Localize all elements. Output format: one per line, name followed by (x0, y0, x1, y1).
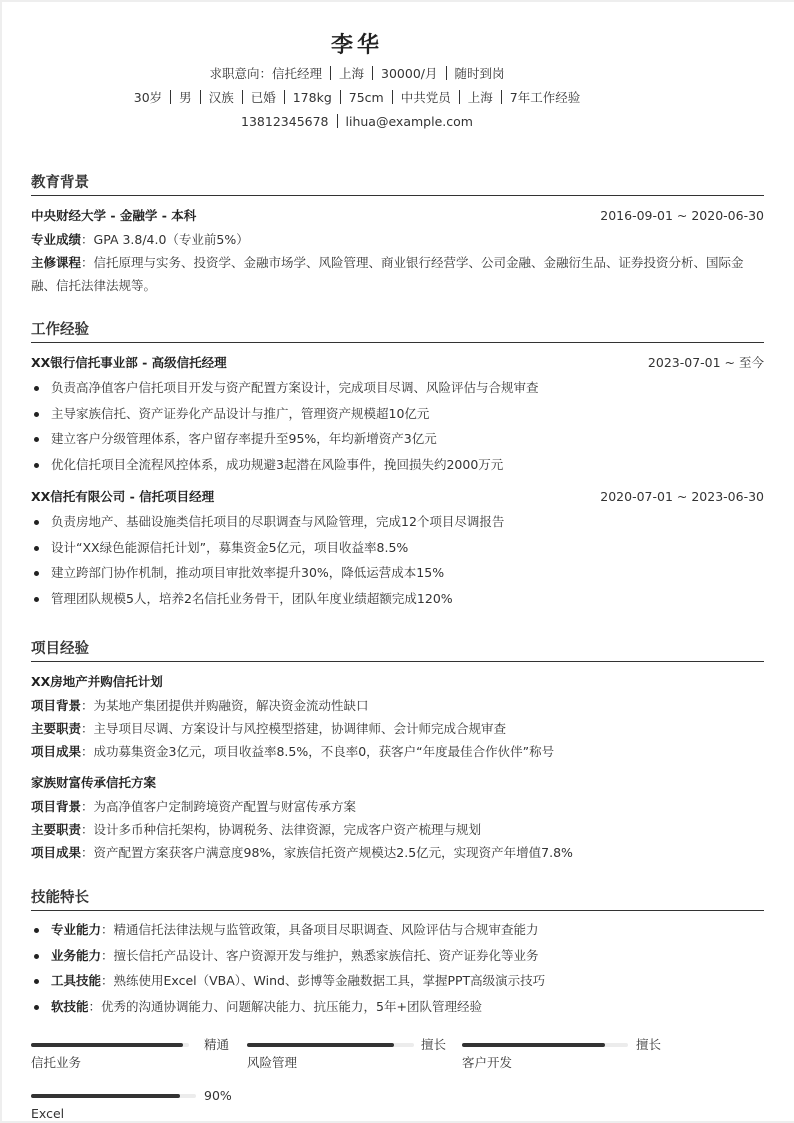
row-value: ：资产配置方案获客户满意度98%，家族信托资产规模达2.5亿元，实现资产年增值7… (81, 845, 573, 860)
list-item: 建立跨部门协作机制，推动项目审批效率提升30%，降低运营成本15% (31, 560, 764, 586)
contact-line: 13812345678lihua@example.com (31, 110, 683, 134)
row-label: 主要职责 (31, 822, 81, 837)
project-entry: XX房地产并购信托计划 项目背景：为某地产集团提供并购融资，解决资金流动性缺口 … (31, 669, 764, 763)
divider (200, 90, 201, 104)
projects-section: 项目经验 XX房地产并购信托计划 项目背景：为某地产集团提供并购融资，解决资金流… (31, 636, 764, 864)
project-name: 家族财富传承信托方案 (31, 770, 764, 795)
availability: 随时到岗 (455, 66, 505, 81)
skills-section: 技能特长 专业能力：精通信托法律法规与监管政策，具备项目尽职调查、风险评估与合规… (31, 885, 764, 1019)
skill-bar-item: 擅长 风险管理 (247, 1035, 447, 1075)
school-degree: 中央财经大学 - 金融学 - 本科 (31, 203, 196, 228)
personal-info-line: 30岁男汉族已婚178kg75cm中共党员上海7年工作经验 (31, 86, 683, 110)
divider (330, 66, 331, 80)
skill-desc: ：精通信托法律法规与监管政策，具备项目尽职调查、风险评估与合规审查能力 (101, 922, 539, 937)
gender: 男 (179, 90, 192, 105)
job-intent-line: 求职意向：信托经理上海30000/月随时到岗 (31, 62, 683, 86)
divider (337, 114, 338, 128)
list-item: 负责高净值客户信托项目开发与资产配置方案设计，完成项目尽调、风险评估与合规审查 (31, 375, 764, 401)
skill-level: 90% (204, 1086, 232, 1106)
marital-status: 已婚 (251, 90, 276, 105)
row-label: 主要职责 (31, 721, 81, 736)
skill-level: 擅长 (636, 1035, 661, 1055)
gpa-label: 专业成绩 (31, 232, 81, 247)
divider (392, 90, 393, 104)
row-label: 项目背景 (31, 698, 81, 713)
expected-salary: 30000/月 (381, 66, 437, 81)
gpa-value: ：GPA 3.8/4.0（专业前5%） (81, 232, 249, 247)
skill-label: 软技能 (51, 999, 89, 1014)
divider (372, 66, 373, 80)
divider (501, 90, 502, 104)
phone[interactable]: 13812345678 (241, 114, 328, 129)
weight: 178kg (293, 90, 332, 105)
skill-level: 擅长 (421, 1035, 446, 1055)
divider (340, 90, 341, 104)
divider (459, 90, 460, 104)
skill-fill (31, 1094, 180, 1098)
project-row: 项目成果：资产配置方案获客户满意度98%，家族信托资产规模达2.5亿元，实现资产… (31, 841, 764, 864)
divider (446, 66, 447, 80)
list-item: 业务能力：擅长信托产品设计、客户资源开发与维护，熟悉家族信托、资产证券化等业务 (31, 943, 764, 969)
skill-desc: ：擅长信托产品设计、客户资源开发与维护，熟悉家族信托、资产证券化等业务 (101, 948, 539, 963)
list-item: 软技能：优秀的沟通协调能力、问题解决能力、抗压能力，5年+团队管理经验 (31, 994, 764, 1020)
list-item: 设计“XX绿色能源信托计划”，募集资金5亿元，项目收益率8.5% (31, 535, 764, 561)
skill-name: 客户开发 (462, 1053, 512, 1073)
project-name: XX房地产并购信托计划 (31, 669, 764, 694)
divider (242, 90, 243, 104)
list-item: 建立客户分级管理体系，客户留存率提升至95%，年均新增资产3亿元 (31, 426, 764, 452)
list-item: 负责房地产、基础设施类信托项目的尽职调查与风险管理，完成12个项目尽调报告 (31, 509, 764, 535)
section-title-projects: 项目经验 (31, 636, 764, 662)
courses-label: 主修课程 (31, 255, 81, 270)
divider (284, 90, 285, 104)
row-value: ：为某地产集团提供并购融资，解决资金流动性缺口 (81, 698, 369, 713)
project-row: 项目成果：成功募集资金3亿元，项目收益率8.5%，不良率0，获客户“年度最佳合作… (31, 740, 764, 763)
skill-label: 工具技能 (51, 973, 101, 988)
project-row: 项目背景：为某地产集团提供并购融资，解决资金流动性缺口 (31, 694, 764, 717)
residence: 上海 (468, 90, 493, 105)
political-status: 中共党员 (401, 90, 451, 105)
list-item: 工具技能：熟练使用Excel（VBA）、Wind、彭博等金融数据工具，掌握PPT… (31, 968, 764, 994)
row-value: ：设计多币种信托架构，协调税务、法律资源，完成客户资产梳理与规划 (81, 822, 481, 837)
row-label: 项目背景 (31, 799, 81, 814)
candidate-name: 李华 (31, 30, 683, 62)
skill-level: 精通 (204, 1035, 229, 1055)
list-item: 专业能力：精通信托法律法规与监管政策，具备项目尽职调查、风险评估与合规审查能力 (31, 917, 764, 943)
skill-name: Excel (31, 1104, 64, 1123)
project-row: 项目背景：为高净值客户定制跨境资产配置与财富传承方案 (31, 795, 764, 818)
section-title-education: 教育背景 (31, 170, 764, 196)
job-intent: 求职意向：信托经理 (209, 66, 322, 81)
skill-label: 专业能力 (51, 922, 101, 937)
gpa-row: 专业成绩：GPA 3.8/4.0（专业前5%） (31, 228, 764, 251)
job-date: 2020-07-01 ~ 2023-06-30 (600, 484, 764, 509)
skill-track (462, 1043, 628, 1047)
list-item: 优化信托项目全流程风控体系，成功规避3起潜在风险事件，挽回损失约2000万元 (31, 452, 764, 478)
row-value: ：为高净值客户定制跨境资产配置与财富传承方案 (81, 799, 356, 814)
skill-label: 业务能力 (51, 948, 101, 963)
skill-fill (247, 1043, 394, 1047)
skill-name: 风险管理 (247, 1053, 297, 1073)
resume-header: 李华 求职意向：信托经理上海30000/月随时到岗 30岁男汉族已婚178kg7… (31, 30, 683, 134)
project-row: 主要职责：设计多币种信托架构，协调税务、法律资源，完成客户资产梳理与规划 (31, 818, 764, 841)
job-bullets: 负责房地产、基础设施类信托项目的尽职调查与风险管理，完成12个项目尽调报告 设计… (31, 509, 764, 611)
job-date: 2023-07-01 ~ 至今 (648, 350, 764, 375)
row-label: 项目成果 (31, 845, 81, 860)
work-section: 工作经验 XX银行信托事业部 - 高级信托经理 2023-07-01 ~ 至今 … (31, 317, 764, 611)
education-entry: 中央财经大学 - 金融学 - 本科 2016-09-01 ~ 2020-06-3… (31, 203, 764, 228)
height: 75cm (349, 90, 384, 105)
skill-bar-item: 精通 信托业务 (31, 1035, 231, 1075)
project-entry: 家族财富传承信托方案 项目背景：为高净值客户定制跨境资产配置与财富传承方案 主要… (31, 770, 764, 864)
section-title-work: 工作经验 (31, 317, 764, 343)
skill-bar-item: 90% Excel (31, 1086, 231, 1123)
row-value: ：成功募集资金3亿元，项目收益率8.5%，不良率0，获客户“年度最佳合作伙伴”称… (81, 744, 554, 759)
project-row: 主要职责：主导项目尽调、方案设计与风控模型搭建，协调律师、会计师完成合规审查 (31, 717, 764, 740)
divider (170, 90, 171, 104)
ethnicity: 汉族 (209, 90, 234, 105)
job-org-title: XX信托有限公司 - 信托项目经理 (31, 484, 214, 509)
skill-name: 信托业务 (31, 1053, 81, 1073)
list-item: 主导家族信托、资产证券化产品设计与推广，管理资产规模超10亿元 (31, 401, 764, 427)
section-title-skills: 技能特长 (31, 885, 764, 911)
skill-fill (462, 1043, 605, 1047)
job-header: XX信托有限公司 - 信托项目经理 2020-07-01 ~ 2023-06-3… (31, 484, 764, 509)
row-label: 项目成果 (31, 744, 81, 759)
education-section: 教育背景 中央财经大学 - 金融学 - 本科 2016-09-01 ~ 2020… (31, 170, 764, 297)
list-item: 管理团队规模5人，培养2名信托业务骨干，团队年度业绩超额完成120% (31, 586, 764, 612)
job-header: XX银行信托事业部 - 高级信托经理 2023-07-01 ~ 至今 (31, 350, 764, 375)
work-years: 7年工作经验 (510, 90, 580, 105)
skill-track (247, 1043, 414, 1047)
email-link[interactable]: lihua@example.com (346, 114, 473, 129)
skill-desc: ：熟练使用Excel（VBA）、Wind、彭博等金融数据工具，掌握PPT高级演示… (101, 973, 545, 988)
skill-bar-item: 擅长 客户开发 (462, 1035, 662, 1075)
intent-city: 上海 (339, 66, 364, 81)
resume-page: 李华 求职意向：信托经理上海30000/月随时到岗 30岁男汉族已婚178kg7… (31, 30, 764, 134)
skill-track (31, 1094, 196, 1098)
job-entry: XX信托有限公司 - 信托项目经理 2020-07-01 ~ 2023-06-3… (31, 484, 764, 611)
job-org-title: XX银行信托事业部 - 高级信托经理 (31, 350, 227, 375)
job-entry: XX银行信托事业部 - 高级信托经理 2023-07-01 ~ 至今 负责高净值… (31, 350, 764, 477)
job-bullets: 负责高净值客户信托项目开发与资产配置方案设计，完成项目尽调、风险评估与合规审查 … (31, 375, 764, 477)
skill-track (31, 1043, 189, 1047)
row-value: ：主导项目尽调、方案设计与风控模型搭建，协调律师、会计师完成合规审查 (81, 721, 506, 736)
skills-bullets: 专业能力：精通信托法律法规与监管政策，具备项目尽职调查、风险评估与合规审查能力 … (31, 917, 764, 1019)
courses-value: ：信托原理与实务、投资学、金融市场学、风险管理、商业银行经营学、公司金融、金融衍… (31, 255, 744, 293)
skill-desc: ：优秀的沟通协调能力、问题解决能力、抗压能力，5年+团队管理经验 (89, 999, 482, 1014)
skill-fill (31, 1043, 183, 1047)
courses-row: 主修课程：信托原理与实务、投资学、金融市场学、风险管理、商业银行经营学、公司金融… (31, 251, 764, 297)
education-date: 2016-09-01 ~ 2020-06-30 (600, 203, 764, 228)
age: 30岁 (134, 90, 162, 105)
